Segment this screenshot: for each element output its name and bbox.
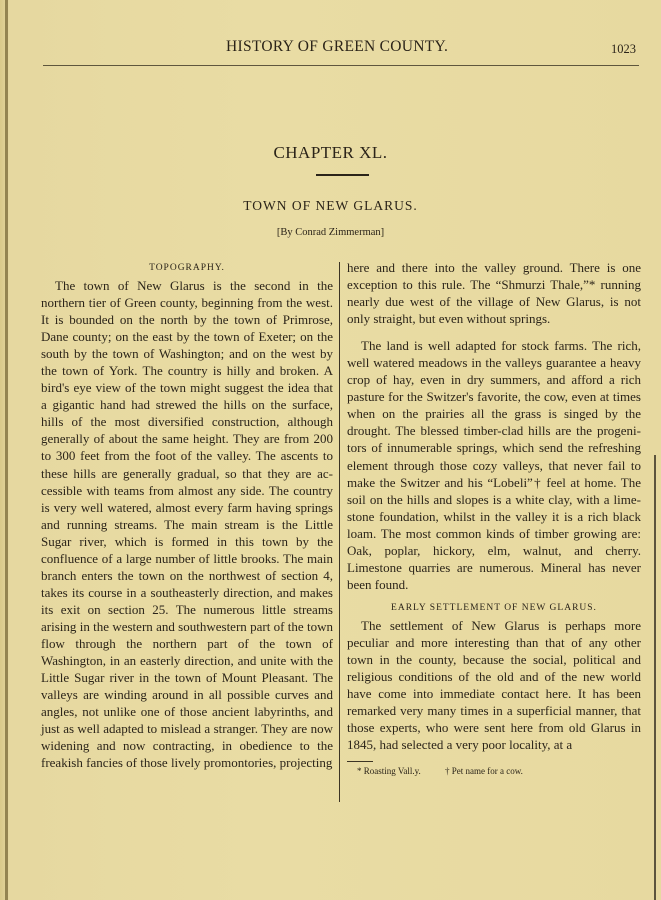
footnote: † Pet name for a cow. [445,766,523,776]
footnotes: * Roasting Vall.y. † Pet name for a cow. [347,765,641,777]
paragraph-continued: here and there into the valley ground. T… [347,259,641,327]
paragraph: The land is well adapted for stock farms… [347,337,641,593]
book-page: HISTORY OF GREEN COUNTY. 1023 CHAPTER XL… [0,0,661,900]
chapter-rule [316,174,369,176]
chapter-number: CHAPTER XL. [0,143,661,163]
paragraph: The town of New Glarus is the second in … [41,277,333,771]
page-right-edge [654,455,656,900]
section-heading-topography: TOPOGRAPHY. [41,261,333,275]
page-number: 1023 [611,42,636,57]
section-heading-early-settlement: EARLY SETTLEMENT OF NEW GLARUS. [347,601,641,615]
running-title: HISTORY OF GREEN COUNTY. [226,38,448,56]
left-column: TOPOGRAPHY. The town of New Glarus is th… [41,261,333,771]
byline: [By Conrad Zimmerman] [0,227,661,238]
header-rule [43,65,639,66]
running-head: HISTORY OF GREEN COUNTY. 1023 [0,38,661,62]
paragraph: The settlement of New Glarus is perhaps … [347,617,641,753]
right-column: here and there into the valley ground. T… [347,259,641,777]
page-binding-edge [5,0,8,900]
footnote-rule [347,761,373,762]
chapter-title: TOWN OF NEW GLARUS. [0,198,661,214]
column-divider [339,262,340,802]
footnote: * Roasting Vall.y. [357,766,421,776]
